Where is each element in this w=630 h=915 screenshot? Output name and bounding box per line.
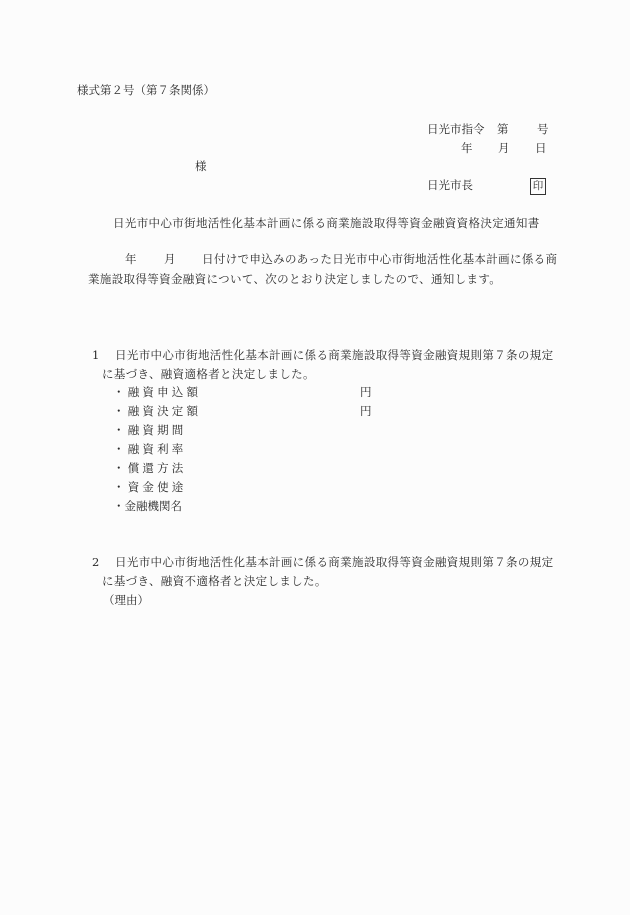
directive-number-line: 日光市指令第号 — [427, 124, 549, 136]
item-label: ・融資決定額 — [113, 406, 201, 418]
reason-label: （理由） — [103, 595, 149, 607]
section-1-line-2: に基づき、融資適格者と決定しました。 — [102, 369, 315, 381]
list-item: ・融資申込額 — [113, 387, 201, 399]
issuer-name: 日光市長 — [427, 180, 473, 192]
seal-icon: 印 — [530, 178, 546, 195]
list-item-unit: 円 — [360, 406, 372, 418]
list-item: ・資金使途 — [113, 482, 187, 494]
section-2-line-1: 2日光市中心市街地活性化基本計画に係る商業施設取得等資金融資規則第７条の規定 — [92, 557, 553, 569]
section-2-line-2: に基づき、融資不適格者と決定しました。 — [102, 576, 327, 588]
directive-dai: 第 — [497, 124, 537, 136]
section-2-text: 日光市中心市街地活性化基本計画に係る商業施設取得等資金融資規則第７条の規定 — [115, 555, 553, 569]
date-year: 年 — [461, 143, 498, 155]
date-day: 日 — [535, 143, 547, 155]
form-number: 様式第２号（第７条関係） — [77, 85, 215, 97]
item-label: ・融資利率 — [113, 444, 187, 456]
item-label: ・融資申込額 — [113, 387, 201, 399]
list-item: ・融資期間 — [113, 425, 187, 437]
body-line-1: 年月日付けで申込みのあった日光市中心市街地活性化基本計画に係る商 — [125, 254, 557, 266]
list-item: ・融資決定額 — [113, 406, 201, 418]
date-month: 月 — [498, 143, 535, 155]
section-1-number: 1 — [92, 350, 115, 362]
body-year: 年 — [125, 254, 164, 266]
section-2-number: 2 — [92, 557, 115, 569]
list-item-unit: 円 — [360, 387, 372, 399]
body-line-2: 業施設取得等資金融資について、次のとおり決定しましたので、通知します。 — [88, 274, 501, 286]
item-label: ・金融機関名 — [113, 501, 182, 513]
directive-go: 号 — [537, 124, 549, 136]
body-month: 月 — [164, 254, 202, 266]
list-item: ・金融機関名 — [113, 501, 182, 513]
document-title: 日光市中心市街地活性化基本計画に係る商業施設取得等資金融資資格決定通知書 — [113, 218, 540, 230]
list-item: ・融資利率 — [113, 444, 187, 456]
item-label: ・償還方法 — [113, 463, 187, 475]
section-1-line-1: 1日光市中心市街地活性化基本計画に係る商業施設取得等資金融資規則第７条の規定 — [92, 350, 553, 362]
item-label: ・資金使途 — [113, 482, 187, 494]
item-label: ・融資期間 — [113, 425, 187, 437]
addressee-suffix: 様 — [195, 161, 207, 173]
date-line: 年月日 — [461, 143, 547, 155]
list-item: ・償還方法 — [113, 463, 187, 475]
directive-label: 日光市指令 — [427, 124, 497, 136]
body-line-1-text: 日付けで申込みのあった日光市中心市街地活性化基本計画に係る商 — [202, 252, 557, 266]
section-1-text: 日光市中心市街地活性化基本計画に係る商業施設取得等資金融資規則第７条の規定 — [115, 348, 553, 362]
